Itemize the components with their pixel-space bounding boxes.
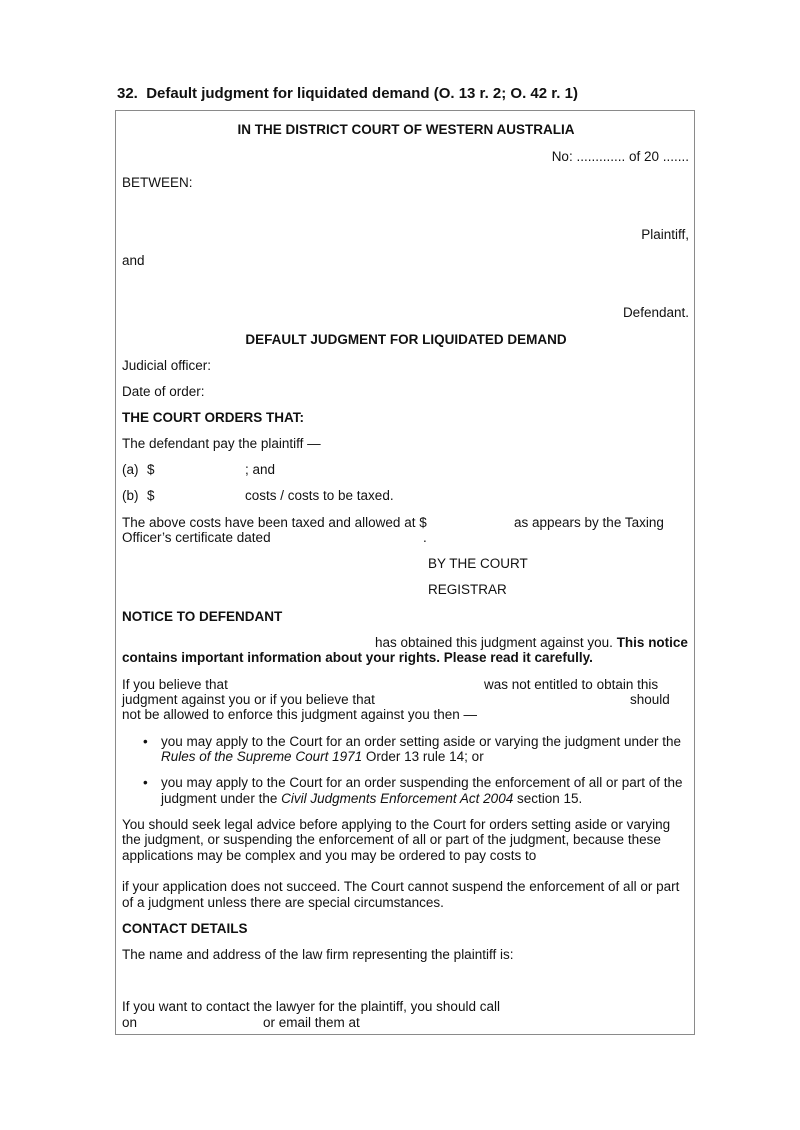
law-firm-line: The name and address of the law firm rep…	[122, 947, 513, 962]
advice-line-3: applications may be complex and you may …	[122, 848, 536, 863]
between-label: BETWEEN:	[122, 175, 193, 190]
form-heading: 32. Default judgment for liquidated dema…	[117, 86, 578, 101]
belief-line-2b: should	[630, 692, 670, 707]
advice-cont-line-1: if your application does not succeed. Th…	[122, 879, 679, 894]
defendant-label: Defendant.	[623, 305, 689, 320]
bullet-1-line-2: Rules of the Supreme Court 1971 Order 13…	[161, 749, 484, 764]
order-item-a-marker: (a)	[122, 462, 139, 477]
costs-line-2a: Officer’s certificate dated	[122, 530, 271, 545]
bullet-1-line-1: you may apply to the Court for an order …	[161, 734, 681, 749]
act-title: Civil Judgments Enforcement Act 2004	[281, 791, 513, 806]
court-name: IN THE DISTRICT COURT OF WESTERN AUSTRAL…	[115, 122, 697, 137]
bullet-icon: •	[143, 775, 148, 790]
advice-line-2: the judgment, or suspending the enforcem…	[122, 832, 661, 847]
notice-line-1: has obtained this judgment against you. …	[375, 635, 688, 650]
bullet-2-tail: section 15.	[513, 791, 582, 806]
belief-line-1a: If you believe that	[122, 677, 228, 692]
order-item-b-marker: (b)	[122, 488, 139, 503]
case-number-field[interactable]: No: ............. of 20 .......	[552, 149, 689, 164]
and-label: and	[122, 253, 145, 268]
call-line: If you want to contact the lawyer for th…	[122, 999, 500, 1014]
bullet-2-line-2: judgment under the Civil Judgments Enfor…	[161, 791, 582, 806]
orders-intro: The defendant pay the plaintiff —	[122, 436, 321, 451]
bullet-2-head: judgment under the	[161, 791, 281, 806]
document-title: DEFAULT JUDGMENT FOR LIQUIDATED DEMAND	[115, 332, 697, 347]
belief-line-2a: judgment against you or if you believe t…	[122, 692, 375, 707]
orders-heading: THE COURT ORDERS THAT:	[122, 410, 304, 425]
email-label: or email them at	[263, 1015, 360, 1030]
costs-line-1a: The above costs have been taxed and allo…	[122, 515, 427, 530]
plaintiff-label: Plaintiff,	[641, 227, 689, 242]
bullet-icon: •	[143, 734, 148, 749]
advice-line-1: You should seek legal advice before appl…	[122, 817, 670, 832]
notice-line-1-bold: This notice	[617, 635, 688, 650]
order-item-b-currency: $	[147, 488, 155, 503]
order-item-a-suffix: ; and	[245, 462, 275, 477]
contact-heading: CONTACT DETAILS	[122, 921, 248, 936]
by-the-court: BY THE COURT	[428, 556, 528, 571]
notice-line-2: contains important information about you…	[122, 650, 593, 665]
belief-line-3: not be allowed to enforce this judgment …	[122, 707, 477, 722]
order-item-a-currency: $	[147, 462, 155, 477]
rules-title: Rules of the Supreme Court 1971	[161, 749, 362, 764]
form-title: Default judgment for liquidated demand (…	[146, 85, 578, 102]
advice-cont-line-2: of a judgment unless there are special c…	[122, 895, 444, 910]
costs-line-1b: as appears by the Taxing	[514, 515, 664, 530]
belief-line-1b: was not entitled to obtain this	[484, 677, 658, 692]
form-number: 32.	[117, 85, 138, 102]
notice-line-1-plain: has obtained this judgment against you.	[375, 635, 613, 650]
bullet-1-tail: Order 13 rule 14; or	[362, 749, 484, 764]
date-of-order-label: Date of order:	[122, 384, 205, 399]
judicial-officer-label: Judicial officer:	[122, 358, 211, 373]
registrar: REGISTRAR	[428, 582, 507, 597]
costs-line-2b: .	[423, 530, 427, 545]
order-item-b-suffix: costs / costs to be taxed.	[245, 488, 394, 503]
bullet-2-line-1: you may apply to the Court for an order …	[161, 775, 683, 790]
notice-heading: NOTICE TO DEFENDANT	[122, 609, 282, 624]
on-label: on	[122, 1015, 137, 1030]
